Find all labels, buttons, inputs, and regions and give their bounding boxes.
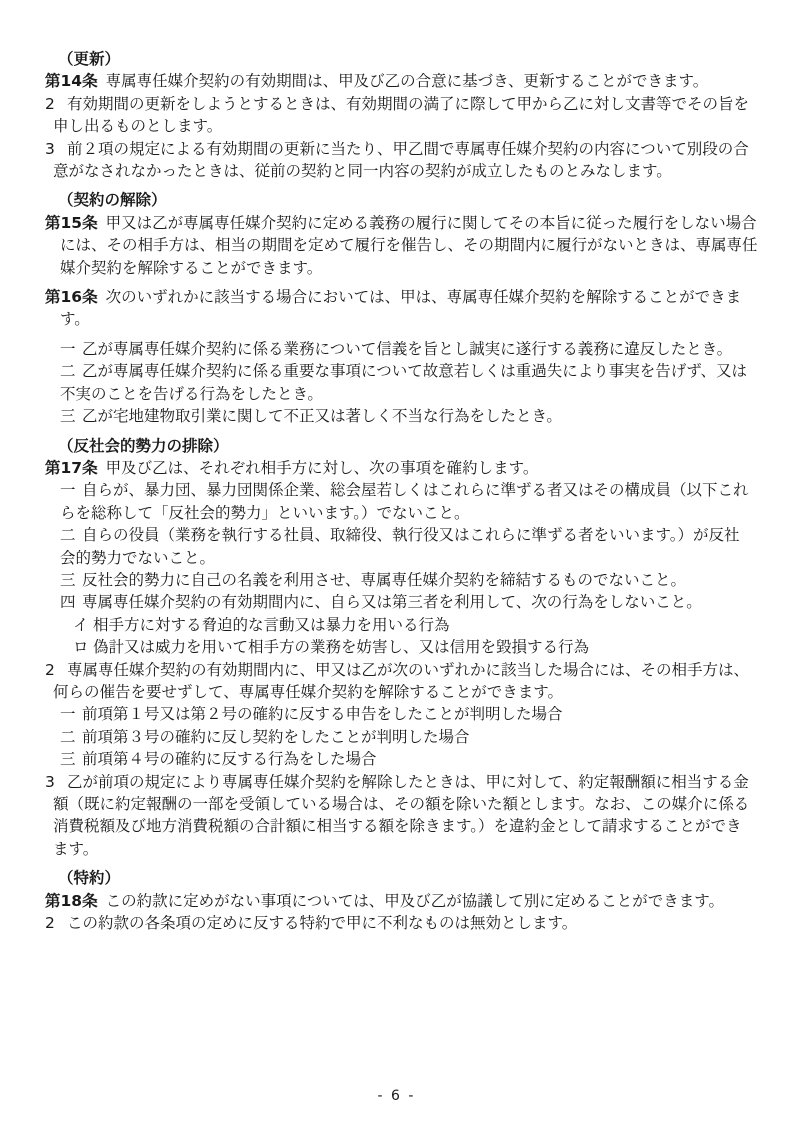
article-17-items: 一自らが、暴力団、暴力団関係企業、総会屋若しくはこれらに準ずる者又はその構成員（… — [45, 479, 785, 658]
paragraph-17-2: 2専属専任媒介契約の有効期間内に、甲又は乙が次のいずれかに該当した場合には、その… — [45, 659, 785, 704]
article-14: 第14条専属専任媒介契約の有効期間は、甲及び乙の合意に基づき、更新することができ… — [45, 70, 785, 92]
article-16: 第16条次のいずれかに該当する場合においては、甲は、専属専任媒介契約を解除するこ… — [45, 286, 785, 331]
item-text: 前項第３号の確約に反し契約をしたことが判明した場合 — [82, 728, 470, 746]
item-text: 専属専任媒介契約の有効期間内に、自ら又は第三者を利用して、次の行為をしないこと。 — [82, 593, 702, 611]
paragraph-14-3: 3前２項の規定による有効期間の更新に当たり、甲乙間で専属専任媒介契約の内容につい… — [45, 138, 785, 183]
paragraph-text: この約款の各条項の定めに反する特約で甲に不利なものは無効とします。 — [67, 914, 577, 932]
list-item: 四専属専任媒介契約の有効期間内に、自ら又は第三者を利用して、次の行為をしないこと… — [45, 591, 785, 613]
article-number: 第17条 — [45, 459, 98, 477]
list-item: 三乙が宅地建物取引業に関して不正又は著しく不当な行為をしたとき。 — [45, 405, 785, 427]
section-termination: （契約の解除） 第15条甲又は乙が専属専任媒介契約に定める義務の履行に関してその… — [45, 189, 785, 427]
section-antisocial-forces: （反社会的勢力の排除） 第17条甲及び乙は、それぞれ相手方に対し、次の事項を確約… — [45, 435, 785, 861]
item-marker: 三 — [60, 748, 82, 770]
item-marker: 四 — [60, 591, 82, 613]
sub-item-text: 偽計又は威力を用いて相手方の業務を妨害し、又は信用を毀損する行為 — [93, 638, 589, 656]
list-item: 二前項第３号の確約に反し契約をしたことが判明した場合 — [45, 726, 785, 748]
list-item: 三前項第４号の確約に反する行為をした場合 — [45, 748, 785, 770]
article-17: 第17条甲及び乙は、それぞれ相手方に対し、次の事項を確約します。 — [45, 457, 785, 479]
list-item: 一乙が専属専任媒介契約に係る業務について信義を旨とし誠実に遂行する義務に違反した… — [45, 338, 785, 360]
section-heading: （更新） — [58, 48, 785, 70]
list-item: 二乙が専属専任媒介契約に係る重要な事項について故意若しくは重過失により事実を告げ… — [45, 360, 785, 405]
article-number: 第16条 — [45, 288, 98, 306]
article-text: 次のいずれかに該当する場合においては、甲は、専属専任媒介契約を解除することができ… — [60, 288, 741, 328]
article-number: 第14条 — [45, 72, 98, 90]
list-item: 二自らの役員（業務を執行する社員、取締役、執行役又はこれらに準ずる者をいいます。… — [45, 524, 785, 569]
item-marker: 三 — [60, 405, 82, 427]
sub-item-text: 相手方に対する脅迫的な言動又は暴力を用いる行為 — [93, 616, 450, 634]
list-item: 一前項第１号又は第２号の確約に反する申告をしたことが判明した場合 — [45, 703, 785, 725]
section-heading: （契約の解除） — [58, 189, 785, 211]
paragraph-text: 乙が前項の規定により専属専任媒介契約を解除したときは、甲に対して、約定報酬額に相… — [53, 773, 749, 858]
article-number: 第18条 — [45, 892, 98, 910]
item-text: 自らが、暴力団、暴力団関係企業、総会屋若しくはこれらに準ずる者又はその構成員（以… — [60, 481, 749, 521]
section-special-provisions: （特約） 第18条この約款に定めがない事項については、甲及び乙が協議して別に定め… — [45, 867, 785, 934]
page-number: - 6 - — [0, 1085, 793, 1107]
section-heading: （特約） — [58, 867, 785, 889]
list-item: 一自らが、暴力団、暴力団関係企業、総会屋若しくはこれらに準ずる者又はその構成員（… — [45, 479, 785, 524]
item-marker: 二 — [60, 726, 82, 748]
article-18: 第18条この約款に定めがない事項については、甲及び乙が協議して別に定めることがで… — [45, 890, 785, 912]
paragraph-number: 2 — [45, 659, 67, 681]
article-text: 甲又は乙が専属専任媒介契約に定める義務の履行に関してその本旨に従った履行をしない… — [60, 214, 758, 277]
list-item: 三反社会的勢力に自己の名義を利用させ、専属専任媒介契約を締結するものでないこと。 — [45, 569, 785, 591]
item-marker: 一 — [60, 703, 82, 725]
section-heading: （反社会的勢力の排除） — [58, 435, 785, 457]
paragraph-number: 3 — [45, 771, 67, 793]
sub-list-item: イ相手方に対する脅迫的な言動又は暴力を用いる行為 — [45, 614, 785, 636]
sub-item-marker: イ — [73, 614, 93, 636]
article-15: 第15条甲又は乙が専属専任媒介契約に定める義務の履行に関してその本旨に従った履行… — [45, 212, 785, 279]
section-renewal: （更新） 第14条専属専任媒介契約の有効期間は、甲及び乙の合意に基づき、更新する… — [45, 48, 785, 182]
item-marker: 二 — [60, 360, 82, 382]
article-text: 甲及び乙は、それぞれ相手方に対し、次の事項を確約します。 — [106, 459, 539, 477]
paragraph-17-2-items: 一前項第１号又は第２号の確約に反する申告をしたことが判明した場合 二前項第３号の… — [45, 703, 785, 770]
item-text: 前項第４号の確約に反する行為をした場合 — [82, 750, 377, 768]
item-text: 乙が専属専任媒介契約に係る業務について信義を旨とし誠実に遂行する義務に違反したと… — [82, 340, 732, 358]
article-text: 専属専任媒介契約の有効期間は、甲及び乙の合意に基づき、更新することができます。 — [106, 72, 709, 90]
document-body: （更新） 第14条専属専任媒介契約の有効期間は、甲及び乙の合意に基づき、更新する… — [45, 41, 785, 934]
item-marker: 二 — [60, 524, 82, 546]
paragraph-text: 有効期間の更新をしようとするときは、有効期間の満了に際して甲から乙に対し文書等で… — [53, 95, 749, 135]
item-text: 自らの役員（業務を執行する社員、取締役、執行役又はこれらに準ずる者をいいます。）… — [60, 526, 740, 566]
item-text: 乙が宅地建物取引業に関して不正又は著しく不当な行為をしたとき。 — [82, 407, 562, 425]
item-marker: 一 — [60, 479, 82, 501]
article-number: 第15条 — [45, 214, 98, 232]
paragraph-18-2: 2この約款の各条項の定めに反する特約で甲に不利なものは無効とします。 — [45, 912, 785, 934]
item-text: 反社会的勢力に自己の名義を利用させ、専属専任媒介契約を締結するものでないこと。 — [82, 571, 686, 589]
item-text: 前項第１号又は第２号の確約に反する申告をしたことが判明した場合 — [82, 705, 563, 723]
paragraph-14-2: 2有効期間の更新をしようとするときは、有効期間の満了に際して甲から乙に対し文書等… — [45, 93, 785, 138]
article-16-items: 一乙が専属専任媒介契約に係る業務について信義を旨とし誠実に遂行する義務に違反した… — [45, 338, 785, 428]
contract-terms-page: { "page_number": "- 6 -", "sections": [ … — [0, 0, 793, 1123]
paragraph-number: 2 — [45, 912, 67, 934]
sub-list-item: ロ偽計又は威力を用いて相手方の業務を妨害し、又は信用を毀損する行為 — [45, 636, 785, 658]
item-text: 乙が専属専任媒介契約に係る重要な事項について故意若しくは重過失により事実を告げず… — [60, 362, 747, 402]
paragraph-number: 2 — [45, 93, 67, 115]
paragraph-number: 3 — [45, 138, 67, 160]
paragraph-17-3: 3乙が前項の規定により専属専任媒介契約を解除したときは、甲に対して、約定報酬額に… — [45, 771, 785, 861]
sub-item-marker: ロ — [73, 636, 93, 658]
paragraph-text: 前２項の規定による有効期間の更新に当たり、甲乙間で専属専任媒介契約の内容について… — [53, 140, 749, 180]
item-marker: 一 — [60, 338, 82, 360]
item-marker: 三 — [60, 569, 82, 591]
paragraph-text: 専属専任媒介契約の有効期間内に、甲又は乙が次のいずれかに該当した場合には、その相… — [53, 661, 749, 701]
article-text: この約款に定めがない事項については、甲及び乙が協議して別に定めることができます。 — [106, 892, 724, 910]
